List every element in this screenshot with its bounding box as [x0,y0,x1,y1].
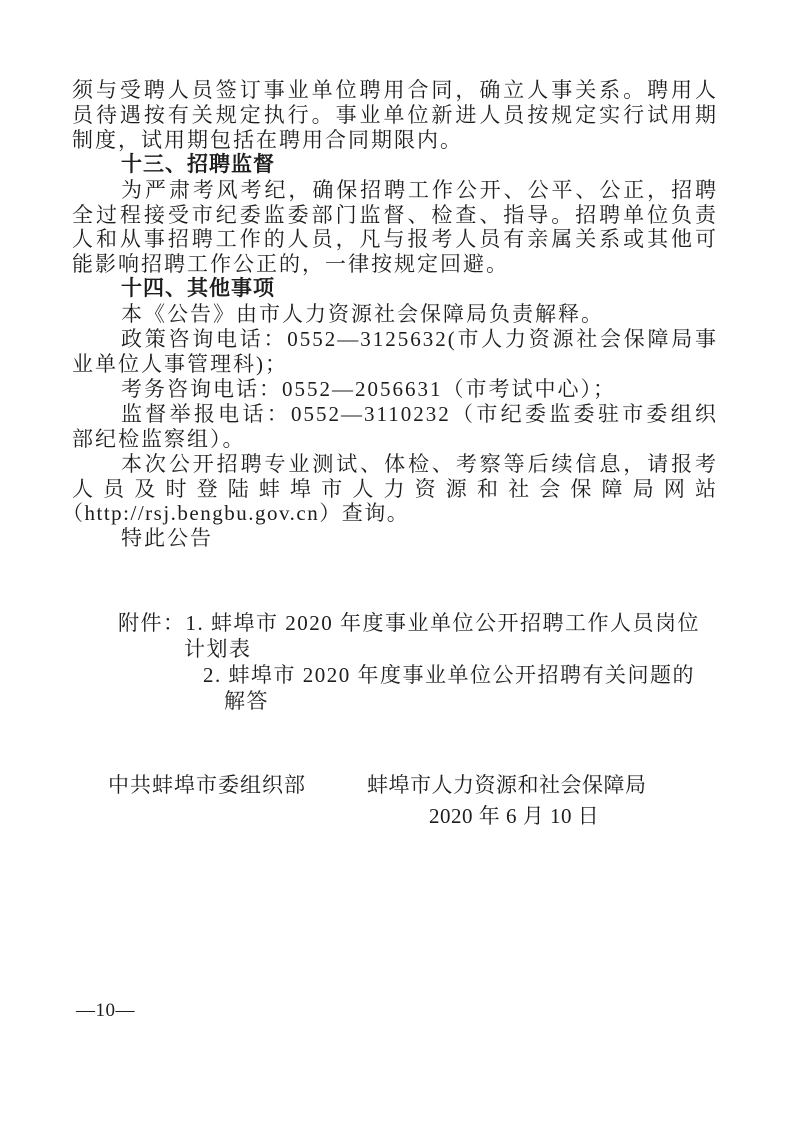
document-page: 须与受聘人员签订事业单位聘用合同，确立人事关系。聘用人 员待遇按有关规定执行。事… [0,0,793,1122]
document-body: 须与受聘人员签订事业单位聘用合同，确立人事关系。聘用人 员待遇按有关规定执行。事… [72,78,718,551]
website-line: （http://rsj.bengbu.gov.cn）查询。 [62,501,718,526]
doc-line: 人员及时登陆蚌埠市人力资源和社会保障局网站 [72,477,718,502]
doc-line: 业单位人事管理科)； [72,352,718,377]
doc-line: 本《公告》由市人力资源社会保障局负责解释。 [72,302,718,327]
doc-line: 为严肃考风考纪，确保招聘工作公开、公平、公正，招聘 [72,178,718,203]
policy-phone-line: 政策咨询电话：0552—3125632(市人力资源社会保障局事 [72,327,718,352]
doc-line: 全过程接受市纪委监委部门监督、检查、指导。招聘单位负责 [72,203,718,228]
doc-line: 须与受聘人员签订事业单位聘用合同，确立人事关系。聘用人 [72,78,718,103]
attachment-item-1-cont: 计划表 [72,636,732,662]
doc-line: 人和从事招聘工作的人员，凡与报考人员有亲属关系或其他可 [72,227,718,252]
section-heading-13: 十三、招聘监督 [72,153,718,178]
doc-line: 本次公开招聘专业测试、体检、考察等后续信息，请报考 [72,452,718,477]
doc-line: 特此公告 [72,526,718,551]
signature-org-left: 中共蚌埠市委组织部 [108,769,306,799]
signature-date: 2020 年 6 月 10 日 [429,800,599,830]
attachment-list: 附件：1. 蚌埠市 2020 年度事业单位公开招聘工作人员岗位 计划表 2. 蚌… [72,610,732,714]
page-number: —10— [76,1000,135,1022]
exam-phone-line: 考务咨询电话：0552—2056631（市考试中心）； [72,377,718,402]
section-heading-14: 十四、其他事项 [72,277,718,302]
attachment-item-2: 2. 蚌埠市 2020 年度事业单位公开招聘有关问题的 [72,662,732,688]
doc-line: 部纪检监察组）。 [72,427,718,452]
attachment-item-2-cont: 解答 [72,688,732,714]
attachment-item-1: 附件：1. 蚌埠市 2020 年度事业单位公开招聘工作人员岗位 [72,610,732,636]
doc-line: 能影响招聘工作公正的，一律按规定回避。 [72,252,718,277]
report-phone-line: 监督举报电话：0552—3110232（市纪委监委驻市委组织 [72,402,718,427]
signature-org-right: 蚌埠市人力资源和社会保障局 [367,769,647,799]
doc-line: 员待遇按有关规定执行。事业单位新进人员按规定实行试用期 [72,103,718,128]
doc-line: 制度，试用期包括在聘用合同期限内。 [72,128,718,153]
